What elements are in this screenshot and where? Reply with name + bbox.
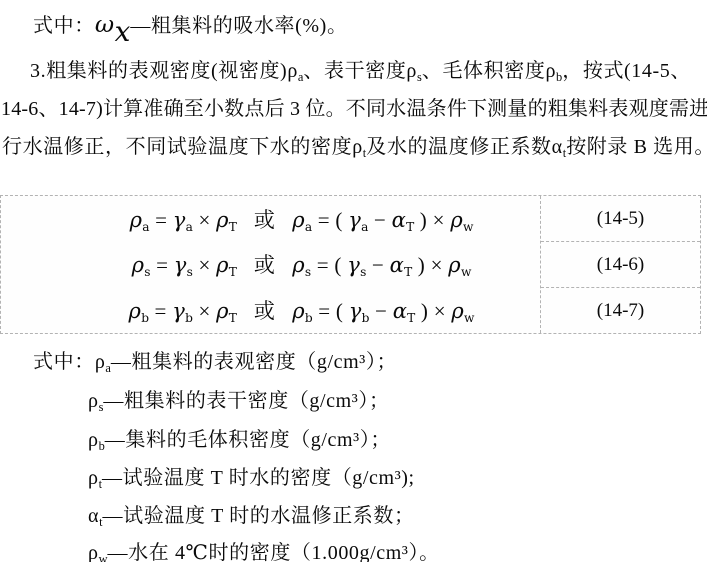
definition-line-rho-s: ρs—粗集料的表干密度（g/cm³）； bbox=[88, 387, 390, 415]
paragraph-line-3: 行水温修正，不同试验温度下水的密度ρt及水的温度修正系数αt按附录 B 选用。 bbox=[2, 133, 707, 161]
formula-14-6: ρs = γs × ρT或ρs = ( γs − αT ) × ρw bbox=[132, 249, 472, 279]
definition-line-rho-t: ρt—试验温度 T 时水的密度（g/cm³); bbox=[88, 464, 415, 492]
definition-line-rho-w: ρw—水在 4℃时的密度（1.000g/cm³）。 bbox=[88, 539, 440, 562]
formula-column: ρa = γa × ρT或ρa = ( γa − αT ) × ρw ρs = … bbox=[1, 196, 541, 333]
document-page: 式中：ωx—粗集料的吸水率(%)。 3.粗集料的表观密度(视密度)ρa、表干密度… bbox=[0, 0, 707, 562]
formula-14-7: ρb = γb × ρT或ρb = ( γb − αT ) × ρw bbox=[129, 295, 475, 325]
equation-number-14-5: (14-5) bbox=[541, 196, 700, 242]
paragraph-line-2: 14-6、14-7)计算准确至小数点后 3 位。不同水温条件下测量的粗集料表观度… bbox=[1, 95, 707, 123]
paragraph-line-1: 3.粗集料的表观密度(视密度)ρa、表干密度ρs、毛体积密度ρb，按式(14-5… bbox=[30, 57, 691, 85]
equation-number-14-6: (14-6) bbox=[541, 242, 700, 288]
definition-line-alpha-t: αt—试验温度 T 时的水温修正系数； bbox=[88, 502, 415, 530]
formula-table: ρa = γa × ρT或ρa = ( γa − αT ) × ρw ρs = … bbox=[0, 195, 701, 334]
equation-number-column: (14-5) (14-6) (14-7) bbox=[541, 196, 700, 333]
omega-definition-line: 式中：ωx—粗集料的吸水率(%)。 bbox=[33, 10, 348, 40]
equation-number-14-7: (14-7) bbox=[541, 288, 700, 333]
definition-line-rho-b: ρb—集料的毛体积密度（g/cm³）； bbox=[88, 426, 391, 454]
definition-line-rho-a: 式中：ρa—粗集料的表观密度（g/cm³）； bbox=[33, 348, 397, 376]
formula-14-5: ρa = γa × ρT或ρa = ( γa − αT ) × ρw bbox=[130, 204, 474, 234]
